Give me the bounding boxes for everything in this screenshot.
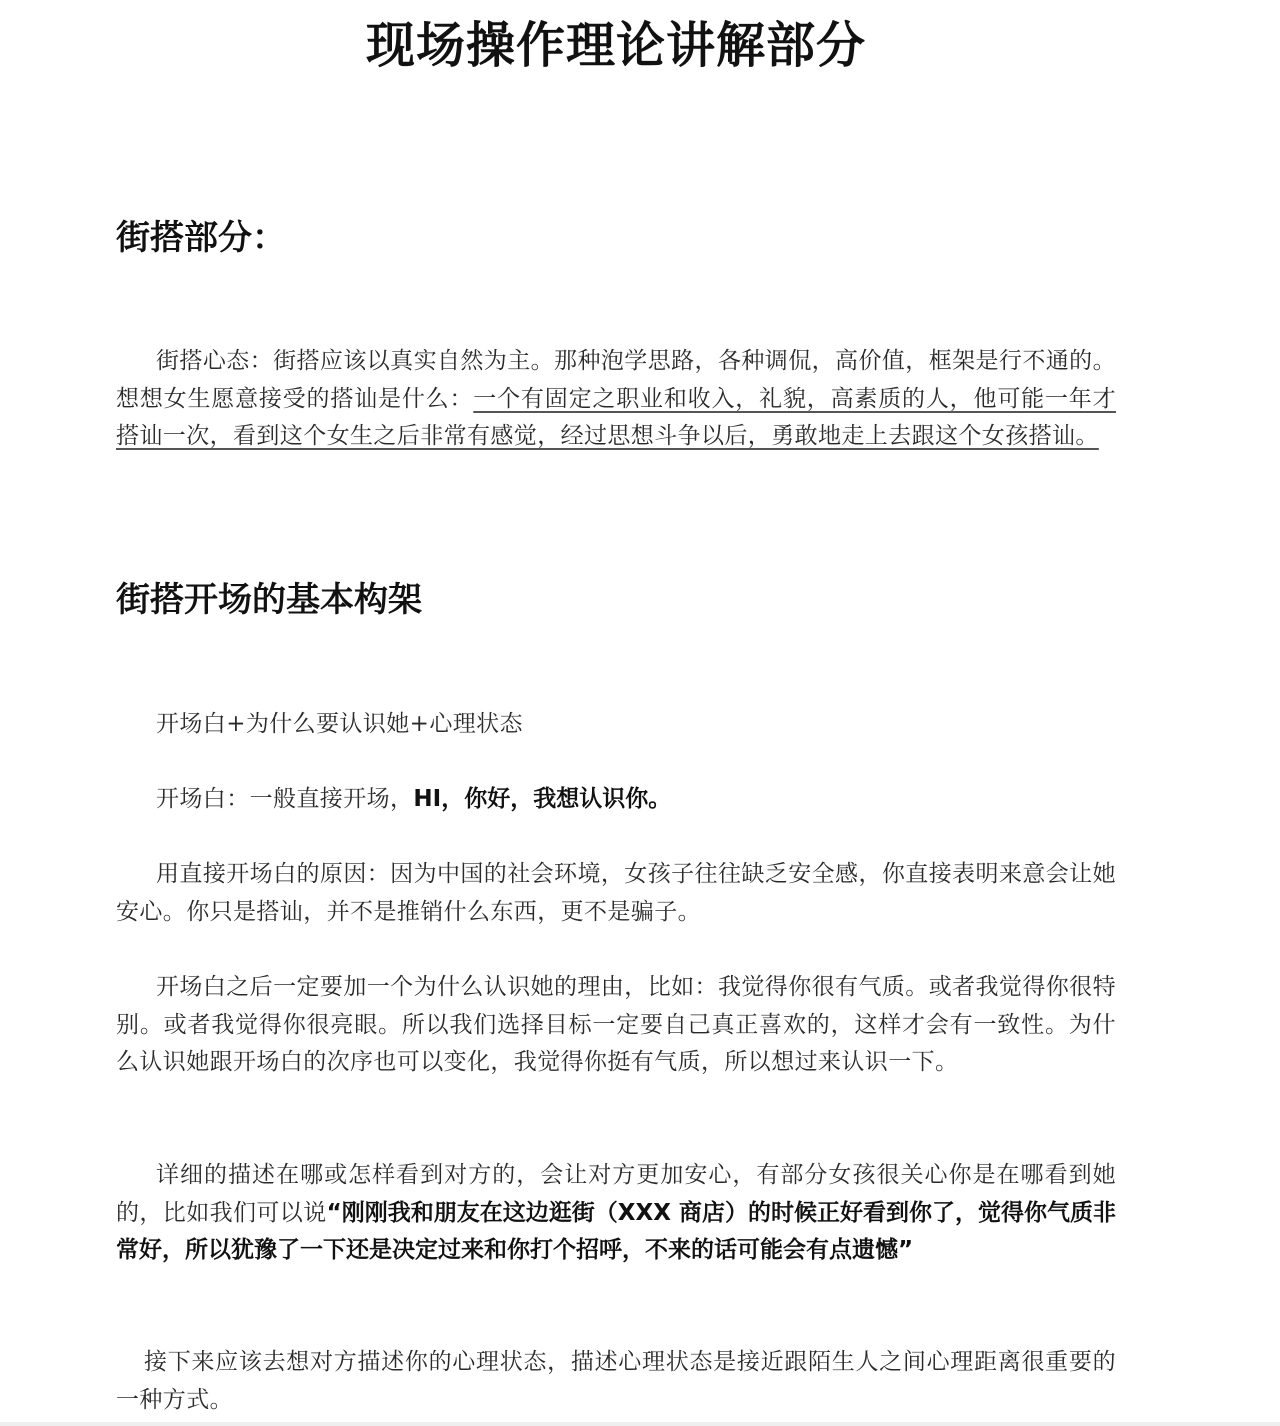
paragraph-opening-line-bold: HI，你好，我想认识你。 xyxy=(413,786,671,812)
document-page: 现场操作理论讲解部分 街搭部分： 街搭心态：街搭应该以真实自然为主。那种泡学思路… xyxy=(0,0,1280,1422)
paragraph-reason-to-meet: 开场白之后一定要加一个为什么认识她的理由，比如：我觉得你很有气质。或者我觉得你很… xyxy=(116,969,1116,1082)
paragraph-mindset: 街搭心态：街搭应该以真实自然为主。那种泡学思路，各种调侃，高价值，框架是行不通的… xyxy=(116,343,1116,456)
paragraph-detailed-description: 详细的描述在哪或怎样看到对方的，会让对方更加安心，有部分女孩很关心你是在哪看到她… xyxy=(116,1157,1116,1270)
paragraph-framework-formula: 开场白+为什么要认识她+心理状态 xyxy=(116,706,1116,744)
paragraph-opening-line-text: 开场白：一般直接开场， xyxy=(156,786,413,812)
paragraph-direct-opening-reason: 用直接开场白的原因：因为中国的社会环境，女孩子往往缺乏安全感，你直接表明来意会让… xyxy=(116,856,1116,931)
section-heading-opening-framework: 街搭开场的基本构架 xyxy=(116,578,422,622)
paragraph-opening-line: 开场白：一般直接开场，HI，你好，我想认识你。 xyxy=(116,781,1116,819)
document-title: 现场操作理论讲解部分 xyxy=(0,14,1232,78)
paragraph-mental-state: 接下来应该去想对方描述你的心理状态，描述心理状态是接近跟陌生人之间心理距离很重要… xyxy=(116,1344,1116,1419)
page-bottom-edge xyxy=(0,1422,1280,1426)
section-heading-street-pickup: 街搭部分： xyxy=(116,216,286,260)
